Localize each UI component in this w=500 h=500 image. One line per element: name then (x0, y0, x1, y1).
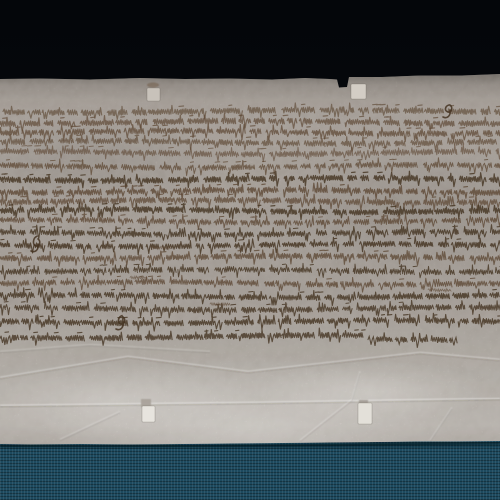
manuscript-art (0, 0, 500, 500)
ink-stain (147, 83, 159, 88)
photo-stage: Orate deū p nobis (0, 0, 500, 500)
